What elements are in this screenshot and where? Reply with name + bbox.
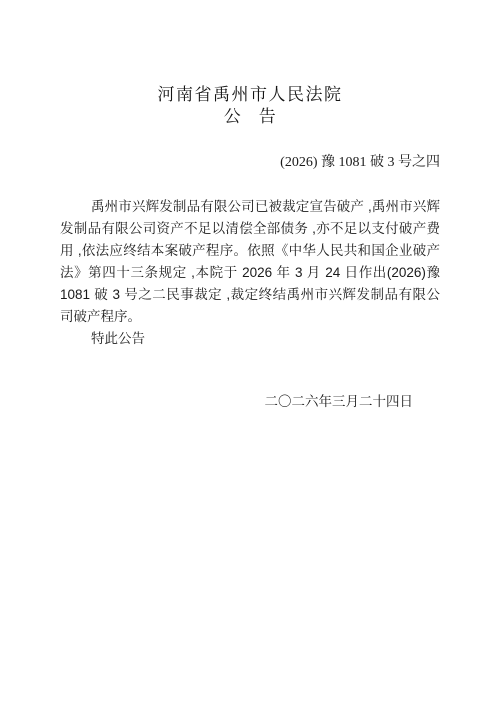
court-name-title: 河南省禹州市人民法院 xyxy=(60,84,440,106)
closing-phrase: 特此公告 xyxy=(60,328,440,350)
case-number: (2026) 豫 1081 破 3 号之四 xyxy=(60,152,440,174)
body-line: 1081 破 3 号之二民事裁定 ,裁定终结禹州市兴辉发制品有限公 xyxy=(60,284,440,306)
body-line: 禹州市兴辉发制品有限公司已被裁定宣告破产 ,禹州市兴辉 xyxy=(60,196,440,218)
body-line: 司破产程序。 xyxy=(60,306,440,328)
court-announcement-page: 河南省禹州市人民法院 公 告 (2026) 豫 1081 破 3 号之四 禹州市… xyxy=(0,0,500,707)
body-line: 法》第四十三条规定 ,本院于 2026 年 3 月 24 日作出(2026)豫 xyxy=(60,262,440,284)
announcement-body: 禹州市兴辉发制品有限公司已被裁定宣告破产 ,禹州市兴辉 发制品有限公司资产不足以… xyxy=(60,196,440,328)
announcement-date: 二〇二六年三月二十四日 xyxy=(60,391,440,413)
body-line: 用 ,依法应终结本案破产程序。依照《中华人民共和国企业破产 xyxy=(60,240,440,262)
document-title: 公 告 xyxy=(60,106,440,128)
body-line: 发制品有限公司资产不足以清偿全部债务 ,亦不足以支付破产费 xyxy=(60,218,440,240)
